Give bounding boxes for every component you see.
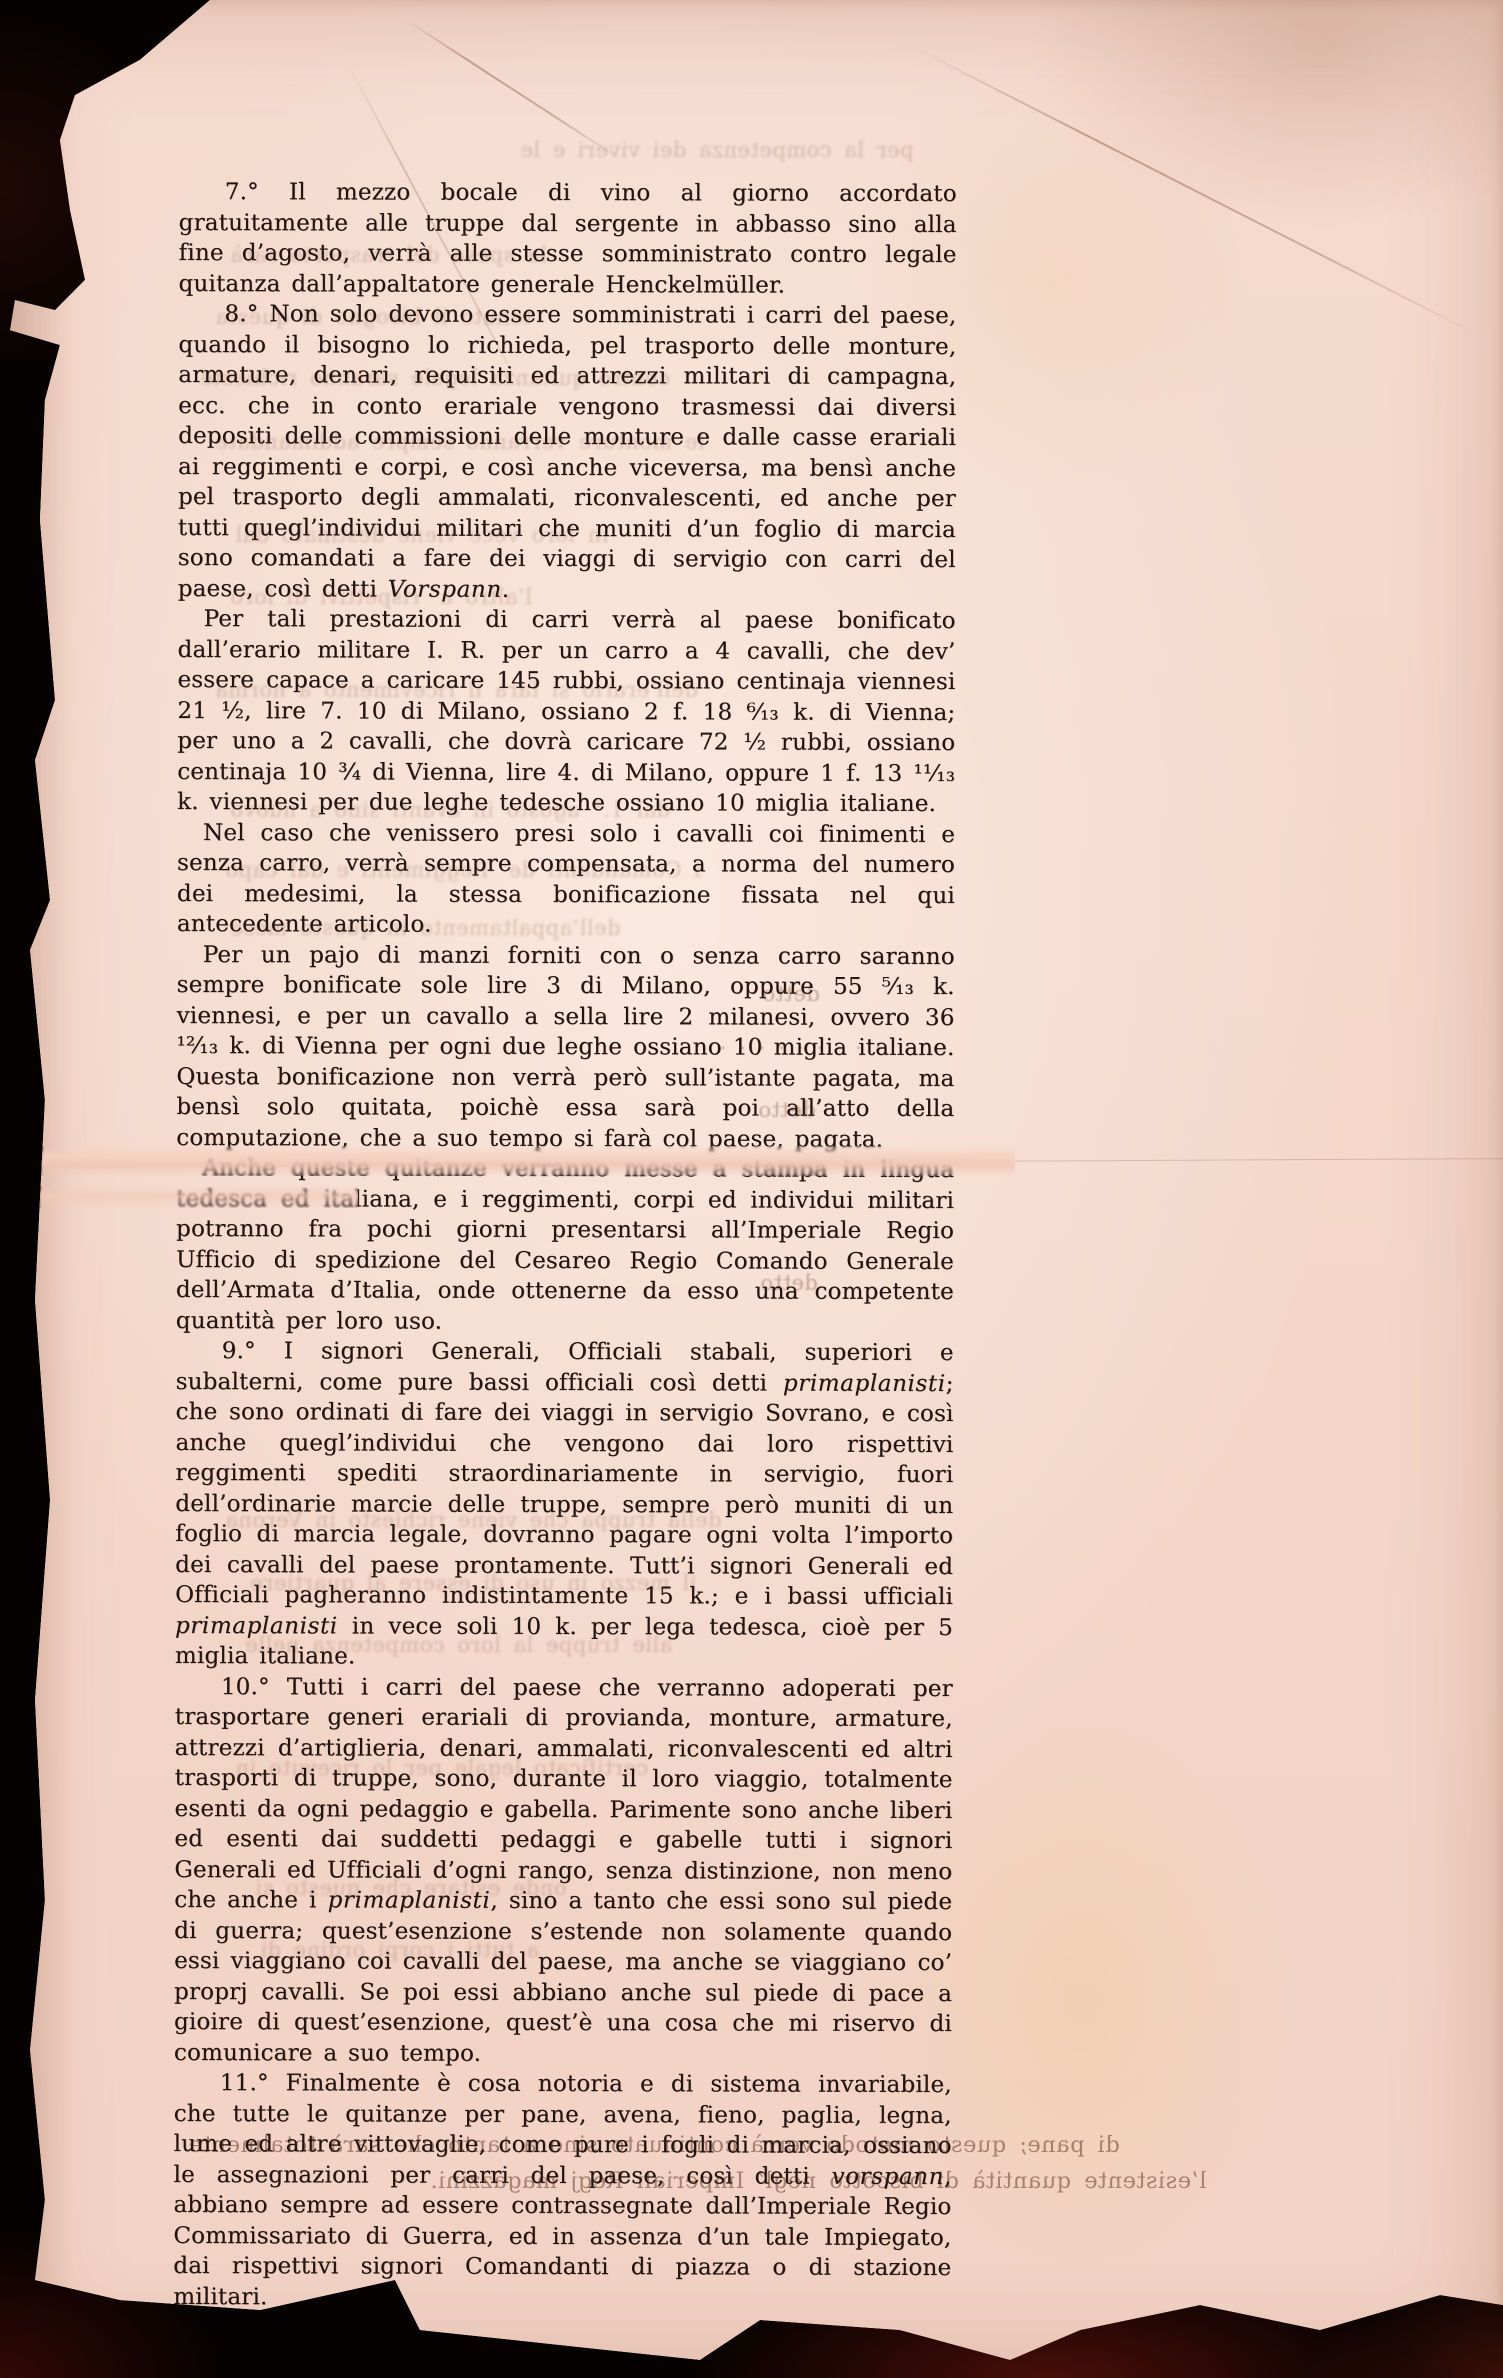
scan-background: { "document": { "description": "Aged pri…: [0, 0, 1503, 2378]
text-column: 7.° Il mezzo bocale di vino al giorno ac…: [173, 177, 957, 2314]
paragraph-9: 9.° I signori Generali, Officiali stabal…: [175, 1336, 954, 1674]
smudge-stain: [12, 1186, 358, 1208]
smudge-stain: [23, 1146, 1015, 1176]
paragraph-7: 7.° Il mezzo bocale di vino al giorno ac…: [178, 177, 956, 301]
paragraph-oxen-rates: Per un pajo di manzi forniti con o senza…: [176, 939, 955, 1155]
paragraph-horses-only: Nel caso che venissero presi solo i cava…: [177, 817, 955, 941]
paragraph-receipts-printing: Anche queste quitanze verranno messe a s…: [176, 1153, 954, 1338]
paragraph-10: 10.° Tutti i carri del paese che verrann…: [174, 1671, 953, 2070]
document-page: per la competenza dei viveri e le la spe…: [0, 0, 1503, 2378]
paragraph-11: 11.° Finalmente è cosa notoria e di sist…: [173, 2068, 952, 2314]
paragraph-carriage-rates: Per tali prestazioni di carri verrà al p…: [177, 604, 956, 820]
bleedthrough-line: per la competenza dei viveri e le: [520, 140, 914, 161]
paragraph-8: 8.° Non solo devono essere somministrati…: [178, 299, 957, 606]
